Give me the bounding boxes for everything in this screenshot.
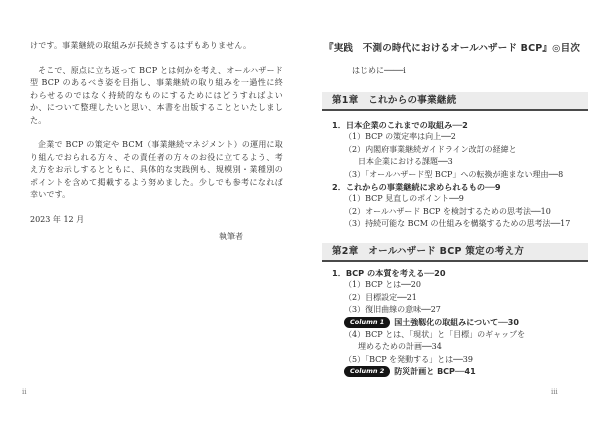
preface-paragraph: そこで、原点に立ち返って BCP とは何かを考え、オールハザード型 BCP のあ… <box>30 65 283 128</box>
toc-entry: 防災計画と BCP──41 <box>394 367 475 376</box>
toc-intro-entry: はじめに────ⅰ <box>352 65 406 76</box>
book-spread: けです。事業継続の取組みが長続きするはずもありません。 そこで、原点に立ち返って… <box>0 0 600 426</box>
toc-entry: （2）内閣府事業継続ガイドライン改訂の経緯と <box>344 144 592 156</box>
column-badge: Column 2 <box>344 366 390 377</box>
page-number-left: ii <box>22 388 26 396</box>
toc-entry: （4）BCP とは、「現状」と「目標」のギャップを <box>344 329 592 341</box>
chapter-1-toc-list: 1．日本企業のこれまでの取組み──2 （1）BCP の策定率は向上──2 （2）… <box>322 119 592 231</box>
chapter-2-toc-list: 1．BCP の本質を考える──20 （1）BCP とは──20 （2）目標設定─… <box>322 267 592 379</box>
chapter-2-header: 第2章 オールハザード BCP 策定の考え方 <box>322 243 588 262</box>
column-badge: Column 1 <box>344 317 390 328</box>
preface-date: 2023 年 12 月 <box>30 214 283 225</box>
toc-entry: （2）目標設定──21 <box>344 292 592 304</box>
preface-paragraph: けです。事業継続の取組みが長続きするはずもありません。 <box>30 40 283 53</box>
toc-entry-continuation: 日本企業における課題──3 <box>358 156 592 168</box>
toc-entry: （1）BCP の策定率は向上──2 <box>344 131 592 143</box>
toc-entry: 1．BCP の本質を考える──20 <box>332 267 592 279</box>
toc-column-entry: Column 1国土強靱化の取組みについて──30 <box>344 317 592 329</box>
toc-entry: （3）復旧曲線の意味──27 <box>344 304 592 316</box>
toc-entry: （1）BCP とは──20 <box>344 279 592 291</box>
toc-entry-continuation: 埋めるための計画──34 <box>358 341 592 353</box>
chapter-1-header: 第1章 これからの事業継続 <box>322 92 588 111</box>
toc-entry: （2）オールハザード BCP を検討するための思考法──10 <box>344 206 592 218</box>
toc-entry: 1．日本企業のこれまでの取組み──2 <box>332 119 592 131</box>
toc-entry: （3）持続可能な BCM の仕組みを構築するための思考法──17 <box>344 218 592 230</box>
toc-entry: 2．これからの事業継続に求められるもの──9 <box>332 181 592 193</box>
toc-entry: 国土強靱化の取組みについて──30 <box>394 318 519 327</box>
page-number-right: iii <box>551 388 558 396</box>
toc-entry: （1）BCP 見直しのポイント──9 <box>344 193 592 205</box>
toc-entry: （5）「BCP を発動する」とは──39 <box>344 354 592 366</box>
toc-column-entry: Column 2防災計画と BCP──41 <box>344 366 592 378</box>
author-signature: 執筆者 <box>30 231 283 242</box>
preface-page: けです。事業継続の取組みが長続きするはずもありません。 そこで、原点に立ち返って… <box>30 40 283 242</box>
toc-title: 『実践 不測の時代におけるオールハザード BCP』◎目次 <box>324 40 590 54</box>
preface-paragraph: 企業で BCP の策定や BCM（事業継続マネジメント）の運用に取り組んでおられ… <box>30 139 283 202</box>
toc-entry: （3）「オールハザード型 BCP」への転換が進まない理由──8 <box>344 169 592 181</box>
